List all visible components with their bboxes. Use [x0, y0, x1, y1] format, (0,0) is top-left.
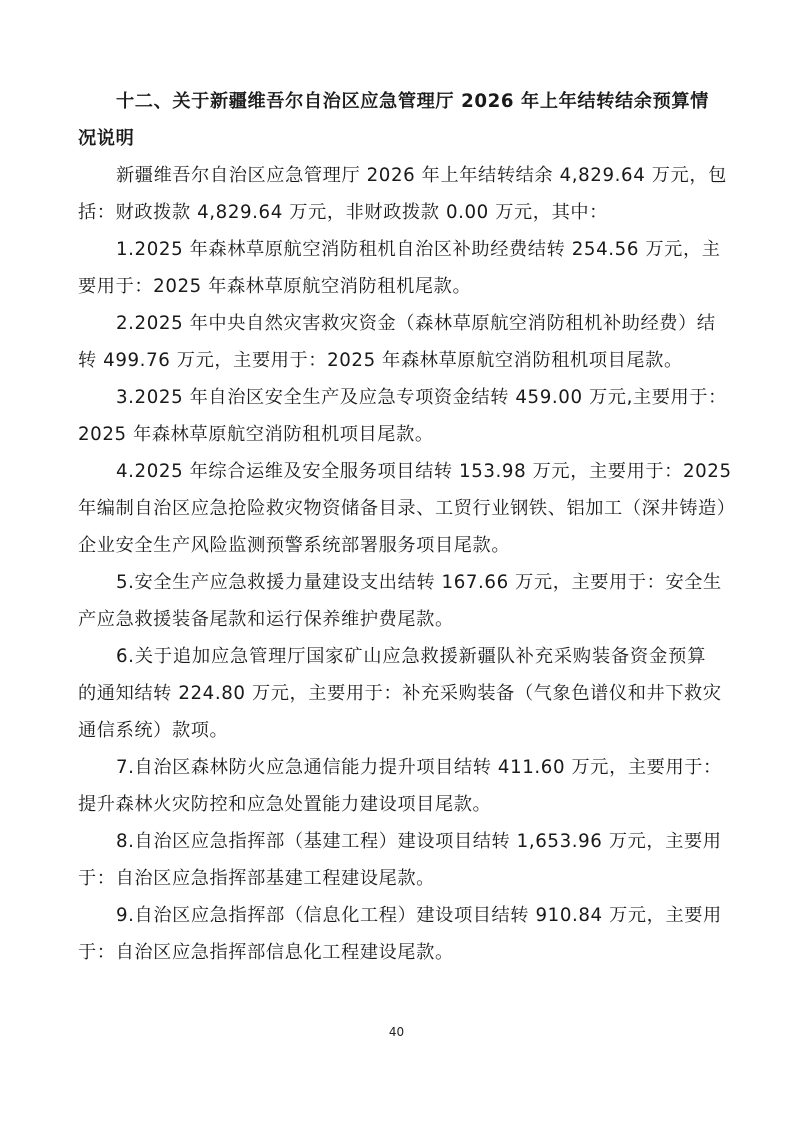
page-number: 40 [0, 1025, 793, 1039]
document-page: 十二、关于新疆维吾尔自治区应急管理厅 2026 年上年结转结余预算情 况说明 新… [0, 0, 793, 1122]
paragraph-summary-line-1: 新疆维吾尔自治区应急管理厅 2026 年上年结转结余 4,829.64 万元，包 [116, 164, 706, 188]
paragraph-item-6-line-1: 6.关于追加应急管理厅国家矿山应急救援新疆队补充采购装备资金预算 [116, 645, 706, 669]
paragraph-item-3-line-1: 3.2025 年自治区安全生产及应急专项资金结转 459.00 万元,主要用于： [116, 386, 706, 410]
paragraph-item-4-line-3: 企业安全生产风险监测预警系统部署服务项目尾款。 [78, 534, 706, 558]
paragraph-item-1-line-1: 1.2025 年森林草原航空消防租机自治区补助经费结转 254.56 万元，主 [116, 238, 706, 262]
paragraph-item-6-line-2: 的通知结转 224.80 万元，主要用于：补充采购装备（气象色谱仪和井下救灾 [78, 682, 706, 706]
paragraph-item-8-line-1: 8.自治区应急指挥部（基建工程）建设项目结转 1,653.96 万元，主要用 [116, 830, 706, 854]
paragraph-item-6-line-3: 通信系统）款项。 [78, 719, 706, 743]
paragraph-item-7-line-2: 提升森林火灾防控和应急处置能力建设项目尾款。 [78, 793, 706, 817]
paragraph-item-4-line-1: 4.2025 年综合运维及安全服务项目结转 153.98 万元，主要用于：202… [116, 460, 706, 484]
paragraph-item-5-line-2: 产应急救援装备尾款和运行保养维护费尾款。 [78, 608, 706, 632]
paragraph-summary-line-2: 括：财政拨款 4,829.64 万元，非财政拨款 0.00 万元，其中： [78, 201, 706, 225]
paragraph-item-5-line-1: 5.安全生产应急救援力量建设支出结转 167.66 万元，主要用于：安全生 [116, 571, 706, 595]
paragraph-item-7-line-1: 7.自治区森林防火应急通信能力提升项目结转 411.60 万元，主要用于： [116, 756, 706, 780]
paragraph-item-4-line-2: 年编制自治区应急抢险救灾物资储备目录、工贸行业钢铁、铝加工（深井铸造） [78, 497, 706, 521]
paragraph-item-9-line-2: 于：自治区应急指挥部信息化工程建设尾款。 [78, 941, 706, 965]
paragraph-item-1-line-2: 要用于：2025 年森林草原航空消防租机尾款。 [78, 275, 706, 299]
paragraph-item-2-line-2: 转 499.76 万元，主要用于：2025 年森林草原航空消防租机项目尾款。 [78, 349, 706, 373]
paragraph-item-9-line-1: 9.自治区应急指挥部（信息化工程）建设项目结转 910.84 万元，主要用 [116, 904, 706, 928]
paragraph-item-8-line-2: 于：自治区应急指挥部基建工程建设尾款。 [78, 867, 706, 891]
section-heading-line-2: 况说明 [78, 127, 706, 151]
paragraph-item-2-line-1: 2.2025 年中央自然灾害救灾资金（森林草原航空消防租机补助经费）结 [116, 312, 706, 336]
section-heading-line-1: 十二、关于新疆维吾尔自治区应急管理厅 2026 年上年结转结余预算情 [116, 90, 706, 114]
paragraph-item-3-line-2: 2025 年森林草原航空消防租机项目尾款。 [78, 423, 706, 447]
